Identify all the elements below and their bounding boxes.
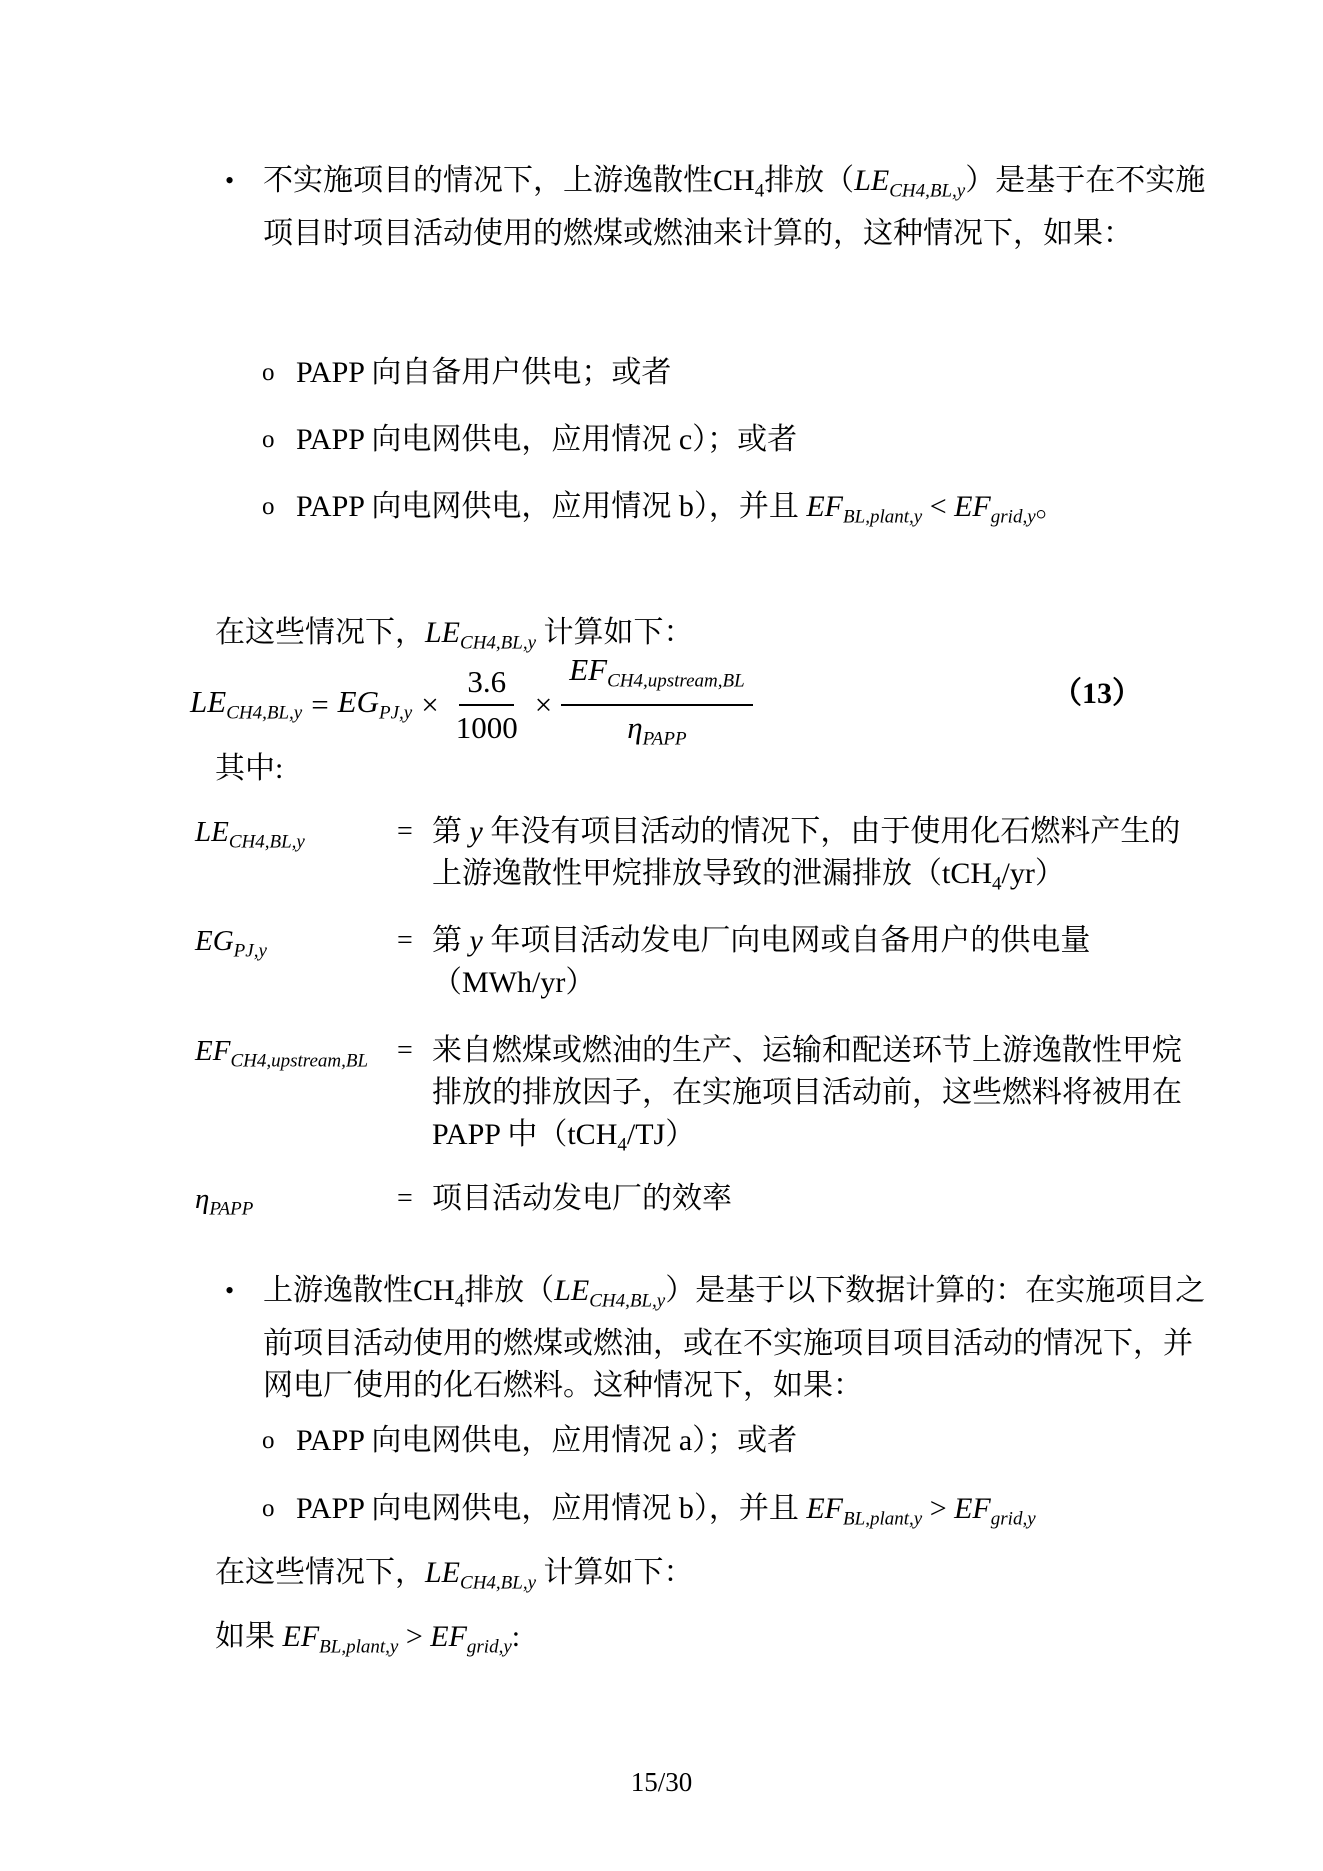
circle-bullet-icon: o	[262, 1420, 296, 1462]
variable-subscript: CH4,BL,y	[460, 1573, 536, 1594]
definition-term: LECH4,BL,y	[195, 811, 305, 864]
equals-sign: =	[311, 687, 328, 723]
text-segment: 在这些情况下，	[215, 616, 425, 649]
circle-bullet-icon: o	[262, 352, 296, 394]
multiply-sign: ×	[535, 687, 552, 723]
text-line: 前项目活动使用的燃煤或燃油，或在不实施项目项目活动的情况下，并	[263, 1323, 1205, 1365]
text-segment: 年项目活动发电厂向电网或自备用户的供电量	[483, 924, 1091, 957]
variable-subscript: PJ,y	[379, 703, 412, 724]
sub-bullet-papp-grid-a: o PAPP 向电网供电，应用情况 a）；或者	[262, 1420, 797, 1462]
text-segment: PAPP 中（tCH	[432, 1118, 617, 1151]
bullet-text: 上游逸散性CH4排放（LECH4,BL,y）是基于以下数据计算的：在实施项目之 …	[263, 1270, 1205, 1407]
if-condition-line: 如果 EFBL,plant,y > EFgrid,y:	[215, 1616, 520, 1669]
fraction-denominator: ηPAPP	[619, 706, 694, 762]
fraction-conversion: 3.6 1000	[448, 660, 526, 750]
variable: LE	[425, 1556, 460, 1589]
page-number: 15/30	[0, 1764, 1323, 1800]
variable-subscript: CH4,upstream,BL	[230, 1051, 368, 1072]
text-line: PAPP 向电网供电，应用情况 a）；或者	[296, 1420, 797, 1462]
sub-bullet-papp-grid-b2: o PAPP 向电网供电，应用情况 b），并且 EFBL,plant,y > E…	[262, 1488, 1036, 1541]
text-segment: 在这些情况下，	[215, 1556, 425, 1589]
circle-bullet-icon: o	[262, 1488, 296, 1530]
variable: EF	[195, 1035, 230, 1067]
text-segment: /TJ）	[627, 1118, 695, 1151]
variable: EF	[569, 652, 607, 687]
text-line: 第 y 年没有项目活动的情况下，由于使用化石燃料产生的	[432, 811, 1180, 853]
text-segment: PAPP 向电网供电，应用情况 b），并且	[296, 490, 806, 523]
subscript: 4	[992, 874, 1002, 895]
text-segment: ）是基于以下数据计算的：在实施项目之	[665, 1274, 1205, 1307]
definition-text: 第 y 年没有项目活动的情况下，由于使用化石燃料产生的 上游逸散性甲烷排放导致的…	[432, 811, 1180, 906]
variable: EF	[430, 1620, 467, 1653]
text-segment: 上游逸散性甲烷排放导致的泄漏排放（tCH	[432, 857, 992, 890]
fraction-numerator: 3.6	[459, 660, 514, 706]
where-label: 其中:	[215, 748, 283, 790]
circle-bullet-icon: o	[262, 419, 296, 461]
variable: y	[470, 924, 483, 957]
text-segment: 第	[432, 815, 470, 848]
bullet-item-upstream-data: • 上游逸散性CH4排放（LECH4,BL,y）是基于以下数据计算的：在实施项目…	[225, 1270, 1205, 1407]
variable: y	[470, 815, 483, 848]
variable-subscript: BL,plant,y	[843, 507, 922, 528]
document-page: • 不实施项目的情况下，上游逸散性CH4排放（LECH4,BL,y）是基于在不实…	[0, 0, 1323, 1871]
variable: η	[627, 710, 642, 745]
variable: η	[195, 1183, 209, 1215]
text-segment: 。	[1036, 490, 1066, 523]
bullet-icon: •	[225, 160, 263, 202]
text-line: 网电厂使用的化石燃料。这种情况下，如果：	[263, 1365, 1205, 1407]
variable: EG	[338, 684, 379, 719]
variable-subscript: PAPP	[643, 728, 687, 749]
text-line: 项目活动发电厂的效率	[432, 1178, 732, 1220]
definition-term: EFCH4,upstream,BL	[195, 1030, 368, 1083]
subscript: 4	[755, 181, 765, 202]
text-line: （MWh/yr）	[432, 962, 1090, 1004]
equals-sign: =	[397, 1030, 413, 1072]
equals-sign: =	[397, 811, 413, 853]
formula-13: LECH4,BL,y = EGPJ,y × 3.6 1000 × EFCH4,u…	[190, 648, 753, 761]
definition-term: EGPJ,y	[195, 920, 267, 973]
variable-subscript: PJ,y	[234, 941, 267, 962]
variable: LE	[854, 164, 889, 197]
variable-subscript: PAPP	[209, 1199, 253, 1220]
circle-bullet-icon: o	[262, 486, 296, 528]
variable-subscript: CH4,upstream,BL	[607, 671, 745, 692]
text-segment: 上游逸散性CH	[263, 1274, 455, 1307]
definition-text: 来自燃煤或燃油的生产、运输和配送环节上游逸散性甲烷 排放的排放因子，在实施项目活…	[432, 1030, 1182, 1167]
variable: EG	[195, 925, 234, 957]
formula-lhs: LECH4,BL,y	[190, 684, 302, 725]
variable-subscript: grid,y	[991, 1509, 1036, 1530]
fraction-emission-factor: EFCH4,upstream,BL ηPAPP	[561, 648, 752, 761]
text-segment: /yr）	[1002, 857, 1065, 890]
text-line: 项目时项目活动使用的燃煤或燃油来计算的，这种情况下，如果：	[263, 213, 1205, 255]
text-segment: PAPP 向电网供电，应用情况 b），并且	[296, 1492, 806, 1525]
variable: EF	[954, 1492, 991, 1525]
text-line: PAPP 向电网供电，应用情况 c）；或者	[296, 419, 797, 461]
variable-subscript: BL,plant,y	[319, 1637, 398, 1658]
text-segment: 排放（	[464, 1274, 554, 1307]
variable-subscript: grid,y	[991, 507, 1036, 528]
sub-bullet-papp-captive: o PAPP 向自备用户供电；或者	[262, 352, 671, 394]
definition-text: 项目活动发电厂的效率	[432, 1178, 732, 1220]
variable-subscript: CH4,BL,y	[229, 832, 305, 853]
calc-intro-line-2: 在这些情况下，LECH4,BL,y 计算如下：	[215, 1552, 694, 1605]
subscript: 4	[617, 1135, 627, 1156]
text-line: PAPP 中（tCH4/TJ）	[432, 1114, 1182, 1167]
bullet-item-no-project: • 不实施项目的情况下，上游逸散性CH4排放（LECH4,BL,y）是基于在不实…	[225, 160, 1205, 255]
text-segment: 年没有项目活动的情况下，由于使用化石燃料产生的	[483, 815, 1181, 848]
bullet-text: 不实施项目的情况下，上游逸散性CH4排放（LECH4,BL,y）是基于在不实施 …	[263, 160, 1205, 255]
variable: LE	[195, 816, 229, 848]
text-line: 不实施项目的情况下，上游逸散性CH4排放（LECH4,BL,y）是基于在不实施	[263, 160, 1205, 213]
variable-subscript: CH4,BL,y	[226, 703, 302, 724]
text-segment: ）是基于在不实施	[965, 164, 1205, 197]
definition-text: 第 y 年项目活动发电厂向电网或自备用户的供电量 （MWh/yr）	[432, 920, 1090, 1004]
equation-number: （13）	[1052, 668, 1142, 712]
text-line: 上游逸散性CH4排放（LECH4,BL,y）是基于以下数据计算的：在实施项目之	[263, 1270, 1205, 1323]
text-line: PAPP 向电网供电，应用情况 b），并且 EFBL,plant,y < EFg…	[296, 486, 1066, 539]
subscript: 4	[455, 1291, 465, 1312]
definition-term: ηPAPP	[195, 1178, 253, 1231]
sub-bullet-papp-grid-c: o PAPP 向电网供电，应用情况 c）；或者	[262, 419, 797, 461]
variable: LE	[425, 616, 460, 649]
formula-term: EGPJ,y	[338, 684, 413, 725]
text-segment: 计算如下：	[536, 1556, 694, 1589]
variable: EF	[283, 1620, 320, 1653]
text-segment: 排放（	[764, 164, 854, 197]
variable: LE	[554, 1274, 589, 1307]
operator: >	[398, 1620, 430, 1653]
variable: EF	[806, 490, 843, 523]
multiply-sign: ×	[421, 687, 438, 723]
text-line: 上游逸散性甲烷排放导致的泄漏排放（tCH4/yr）	[432, 853, 1180, 906]
text-line: 来自燃煤或燃油的生产、运输和配送环节上游逸散性甲烷	[432, 1030, 1182, 1072]
variable-subscript: CH4,BL,y	[589, 1291, 665, 1312]
text-segment: 不实施项目的情况下，上游逸散性CH	[263, 164, 755, 197]
bullet-icon: •	[225, 1270, 263, 1312]
operator: <	[922, 490, 954, 523]
fraction-denominator: 1000	[448, 706, 526, 750]
text-segment: :	[512, 1620, 520, 1653]
sub-bullet-papp-grid-b: o PAPP 向电网供电，应用情况 b），并且 EFBL,plant,y < E…	[262, 486, 1066, 539]
variable: LE	[190, 684, 226, 719]
fraction-numerator: EFCH4,upstream,BL	[561, 648, 752, 706]
text-segment: 第	[432, 924, 470, 957]
text-segment: 如果	[215, 1620, 283, 1653]
text-line: PAPP 向电网供电，应用情况 b），并且 EFBL,plant,y > EFg…	[296, 1488, 1036, 1541]
variable-subscript: BL,plant,y	[843, 1509, 922, 1530]
variable: EF	[954, 490, 991, 523]
equals-sign: =	[397, 920, 413, 962]
variable-subscript: grid,y	[467, 1637, 512, 1658]
operator: >	[922, 1492, 954, 1525]
variable-subscript: CH4,BL,y	[889, 181, 965, 202]
equals-sign: =	[397, 1178, 413, 1220]
text-segment: 计算如下：	[536, 616, 694, 649]
text-line: PAPP 向自备用户供电；或者	[296, 352, 671, 394]
text-line: 排放的排放因子，在实施项目活动前，这些燃料将被用在	[432, 1072, 1182, 1114]
text-line: 第 y 年项目活动发电厂向电网或自备用户的供电量	[432, 920, 1090, 962]
variable: EF	[806, 1492, 843, 1525]
